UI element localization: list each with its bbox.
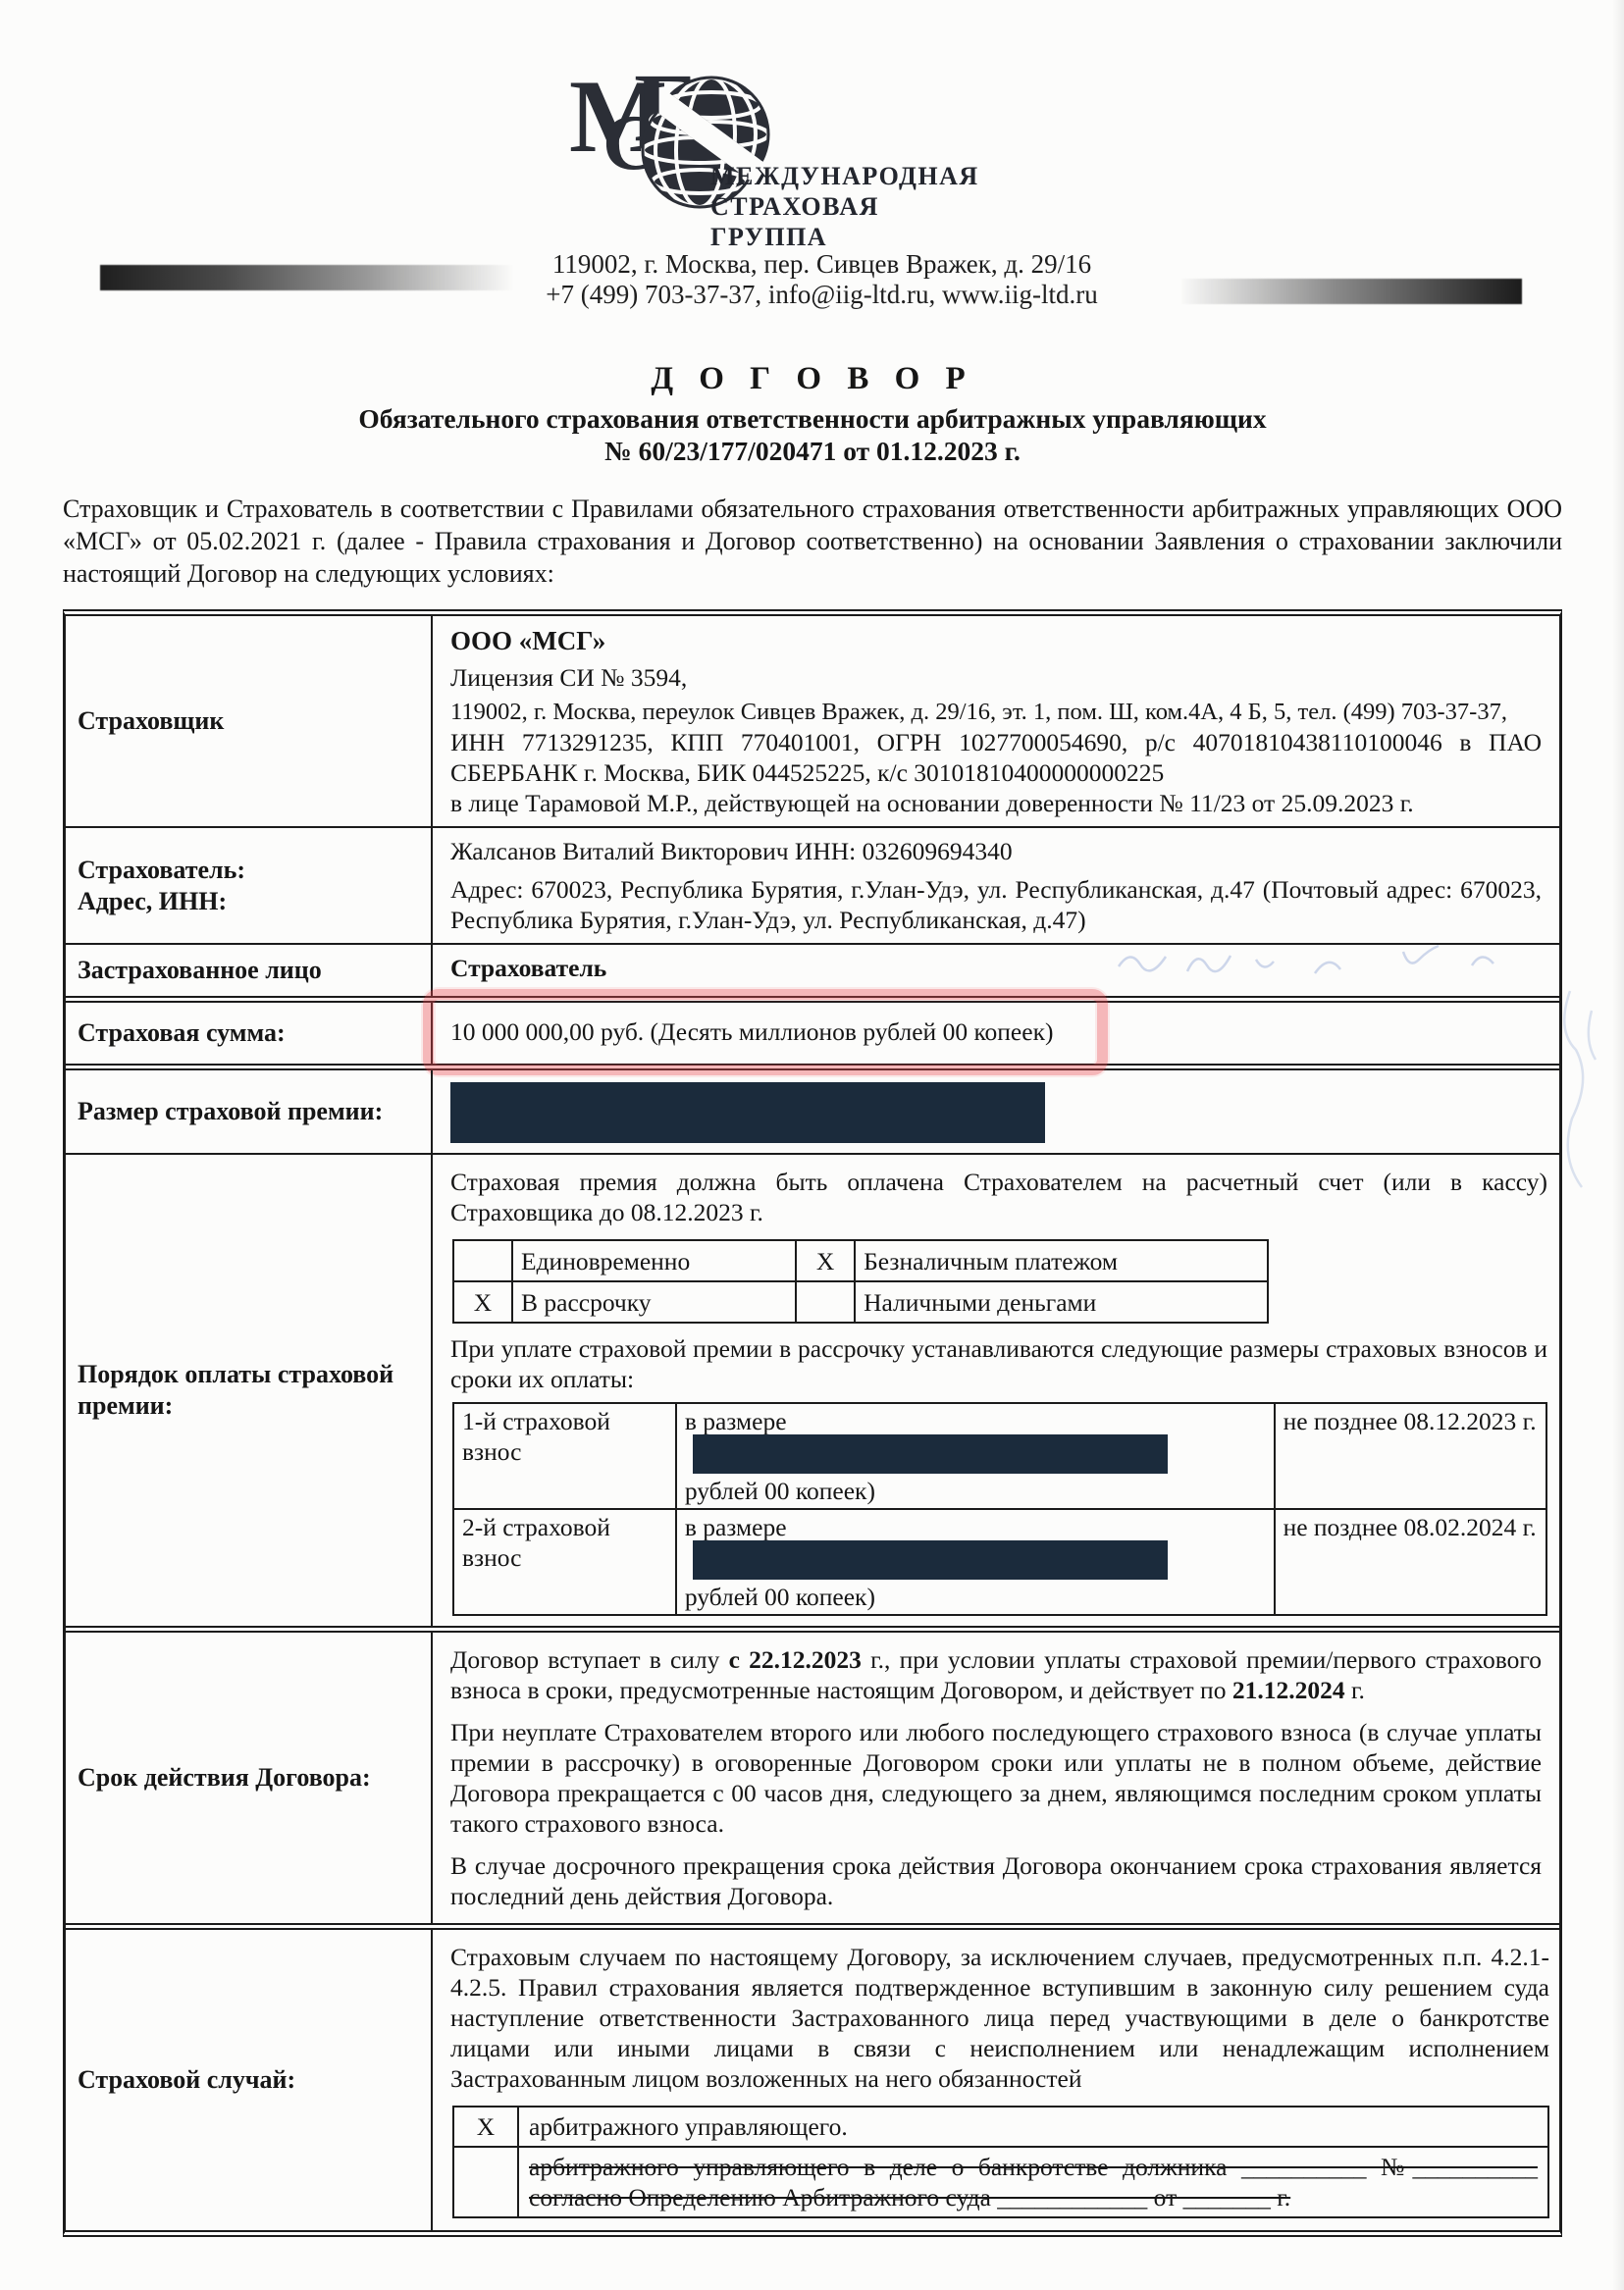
installment-row: 2-й страховой взнос в размере рублей 00 … bbox=[453, 1509, 1546, 1615]
installment-1-amount: в размере рублей 00 копеек) bbox=[676, 1403, 1275, 1509]
row-insurer: Страховщик ООО «МСГ» Лицензия СИ № 3594,… bbox=[66, 616, 1559, 826]
option-arbitration-manager: арбитражного управляющего. bbox=[518, 2107, 1548, 2147]
insured-event-cell: Страховым случаем по настоящему Договору… bbox=[431, 1930, 1567, 2230]
policyholder-name-inn: Жалсанов Виталий Викторович ИНН: 0326096… bbox=[450, 836, 1542, 866]
label-installments: В рассрочку bbox=[512, 1281, 796, 1323]
row-policyholder: Страхователь: Адрес, ИНН: Жалсанов Витал… bbox=[66, 826, 1559, 943]
doc-title: Д О Г О В О Р bbox=[63, 361, 1562, 397]
insurer-company-name: ООО «МСГ» bbox=[450, 626, 1542, 656]
installment-2-amount: в размере рублей 00 копеек) bbox=[676, 1509, 1275, 1615]
row-insured-event: Страховой случай: Страховым случаем по н… bbox=[66, 1923, 1559, 2230]
letterhead-phone-email: +7 (499) 703-37-37, info@iig-ltd.ru, www… bbox=[496, 280, 1148, 310]
row-sum-insured: Страховая сумма: 10 000 000,00 руб. (Дес… bbox=[66, 996, 1559, 1064]
insured-person-value: Страхователь bbox=[450, 954, 606, 982]
sum-insured-cell: 10 000 000,00 руб. (Десять миллионов руб… bbox=[431, 1003, 1559, 1064]
redaction-box bbox=[450, 1082, 1045, 1143]
doc-number-date: № 60/23/177/020471 от 01.12.2023 г. bbox=[63, 436, 1562, 467]
letterhead-contacts: 119002, г. Москва, пер. Сивцев Вражек, д… bbox=[496, 249, 1148, 310]
checkbox-single-payment bbox=[453, 1240, 512, 1281]
term-start-date: с 22.12.2023 bbox=[729, 1645, 862, 1674]
redaction-box bbox=[693, 1540, 1168, 1580]
payment-procedure-cell: Страховая премия должна быть оплачена Ст… bbox=[431, 1155, 1565, 1626]
row-contract-term: Срок действия Договора: Договор вступает… bbox=[66, 1626, 1559, 1923]
insured-event-option-row: арбитражного управляющего в деле о банкр… bbox=[453, 2147, 1548, 2217]
checkbox-installments: X bbox=[453, 1281, 512, 1323]
premium-amount-cell bbox=[431, 1070, 1559, 1153]
row-insured-person: Застрахованное лицо Страхователь bbox=[66, 943, 1559, 996]
insured-person-value-cell: Страхователь bbox=[431, 945, 1559, 996]
contract-term-label: Срок действия Договора: bbox=[66, 1633, 431, 1923]
scanned-contract-page: М С Г МЕЖДУНАРОДНАЯ СТРАХОВАЯ bbox=[0, 0, 1624, 2290]
label-single-payment: Единовременно bbox=[512, 1240, 796, 1281]
installments-table: 1-й страховой взнос в размере рублей 00 … bbox=[452, 1402, 1547, 1616]
payment-method-row: X В рассрочку Наличными деньгами bbox=[453, 1281, 1268, 1323]
term-para-1: Договор вступает в силу с 22.12.2023 г.,… bbox=[450, 1644, 1542, 1705]
insurer-representative: в лице Тарамовой М.Р., действующей на ос… bbox=[450, 788, 1542, 818]
insurer-license: Лицензия СИ № 3594, bbox=[450, 662, 1542, 693]
insured-event-options-table: X арбитражного управляющего. арбитражног… bbox=[452, 2106, 1549, 2218]
term-para-3: В случае досрочного прекращения срока де… bbox=[450, 1850, 1542, 1911]
row-payment-procedure: Порядок оплаты страховой премии: Страхов… bbox=[66, 1153, 1559, 1626]
contract-term-cell: Договор вступает в силу с 22.12.2023 г.,… bbox=[431, 1633, 1559, 1923]
installment-2-name: 2-й страховой взнос bbox=[453, 1509, 676, 1615]
insured-event-option-row: X арбитражного управляющего. bbox=[453, 2107, 1548, 2147]
letterhead-address: 119002, г. Москва, пер. Сивцев Вражек, д… bbox=[496, 249, 1148, 280]
policyholder-address: Адрес: 670023, Республика Бурятия, г.Ула… bbox=[450, 874, 1542, 935]
policyholder-label: Страхователь: Адрес, ИНН: bbox=[66, 828, 431, 943]
document-body: Д О Г О В О Р Обязательного страхования … bbox=[63, 361, 1562, 2237]
payment-para-2: При уплате страховой премии в рассрочку … bbox=[450, 1333, 1547, 1394]
insured-person-label: Застрахованное лицо bbox=[66, 945, 431, 996]
installment-row: 1-й страховой взнос в размере рублей 00 … bbox=[453, 1403, 1546, 1509]
payment-method-row: Единовременно X Безналичным платежом bbox=[453, 1240, 1268, 1281]
term-end-date: 21.12.2024 bbox=[1232, 1676, 1345, 1704]
payment-method-table: Единовременно X Безналичным платежом X В… bbox=[452, 1239, 1269, 1324]
insurer-requisites: ИНН 7713291235, КПП 770401001, ОГРН 1027… bbox=[450, 727, 1542, 788]
doc-subtitle: Обязательного страхования ответственност… bbox=[63, 403, 1562, 434]
company-name-line-1: МЕЖДУНАРОДНАЯ bbox=[710, 161, 979, 191]
sum-insured-label: Страховая сумма: bbox=[66, 1003, 431, 1064]
decorative-gradient-bar-left bbox=[100, 265, 514, 290]
installment-1-name: 1-й страховой взнос bbox=[453, 1403, 676, 1509]
installment-1-deadline: не позднее 08.12.2023 г. bbox=[1275, 1403, 1546, 1509]
option-bankruptcy-case-struck: арбитражного управляющего в деле о банкр… bbox=[518, 2147, 1548, 2217]
sum-insured-value: 10 000 000,00 руб. (Десять миллионов руб… bbox=[450, 1011, 1542, 1047]
label-cashless: Безналичным платежом bbox=[855, 1240, 1268, 1281]
company-name-line-2: СТРАХОВАЯ bbox=[710, 191, 979, 222]
insurer-details: ООО «МСГ» Лицензия СИ № 3594, 119002, г.… bbox=[431, 616, 1559, 826]
premium-amount-label: Размер страховой премии: bbox=[66, 1070, 431, 1153]
term-para-2: При неуплате Страхователем второго или л… bbox=[450, 1717, 1542, 1839]
policyholder-details: Жалсанов Виталий Викторович ИНН: 0326096… bbox=[431, 828, 1559, 943]
intro-paragraph: Страховщик и Страхователь в соответствии… bbox=[63, 493, 1562, 590]
payment-para-1: Страховая премия должна быть оплачена Ст… bbox=[450, 1167, 1547, 1227]
decorative-gradient-bar-right bbox=[1181, 279, 1522, 304]
checkbox-cash bbox=[796, 1281, 855, 1323]
insured-event-label: Страховой случай: bbox=[66, 1930, 431, 2230]
checkbox-cashless: X bbox=[796, 1240, 855, 1281]
checkbox-arbitration-manager: X bbox=[453, 2107, 518, 2147]
company-name-line-3: ГРУППА bbox=[710, 222, 979, 252]
insured-event-para: Страховым случаем по настоящему Договору… bbox=[450, 1942, 1549, 2094]
payment-procedure-label: Порядок оплаты страховой премии: bbox=[66, 1155, 431, 1626]
checkbox-bankruptcy-case bbox=[453, 2147, 518, 2217]
company-name-block: МЕЖДУНАРОДНАЯ СТРАХОВАЯ ГРУППА bbox=[710, 161, 979, 252]
insurer-label: Страховщик bbox=[66, 616, 431, 826]
row-premium-amount: Размер страховой премии: bbox=[66, 1064, 1559, 1153]
label-cash: Наличными деньгами bbox=[855, 1281, 1268, 1323]
redaction-box bbox=[693, 1434, 1168, 1474]
contract-terms-table: Страховщик ООО «МСГ» Лицензия СИ № 3594,… bbox=[63, 609, 1562, 2237]
installment-2-deadline: не позднее 08.02.2024 г. bbox=[1275, 1509, 1546, 1615]
insurer-address: 119002, г. Москва, переулок Сивцев Враже… bbox=[450, 697, 1542, 727]
